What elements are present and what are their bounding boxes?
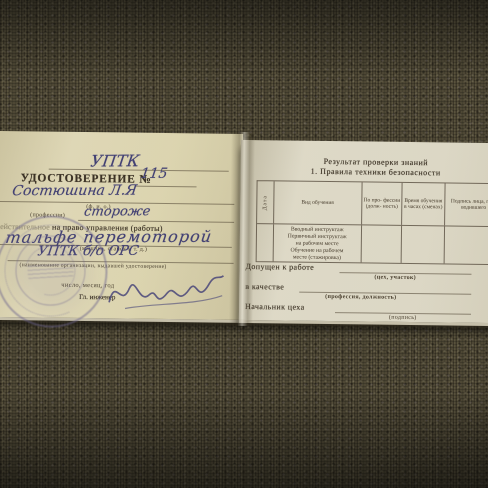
left-page: УПТК УДОСТОВЕРЕНИЕ № 115 тов. Состюшина … — [0, 131, 243, 320]
document-number: 115 — [140, 166, 169, 182]
shop-chief-label: Начальник цеха — [245, 302, 305, 312]
right-page: Результат проверки знаний 1. Правила тех… — [239, 140, 488, 323]
cell-training-type: Вводный инструктаж Первичный инструктаж … — [273, 224, 361, 262]
signature-graphic — [105, 264, 228, 315]
training-lines: Вводный инструктаж Первичный инструктаж … — [287, 224, 346, 262]
header-signature: Подпись лица, про- водившего — [445, 183, 488, 226]
header-date: Дата — [257, 181, 274, 223]
cell-signature — [444, 226, 488, 264]
table-header-row: Дата Вид обучения По про- фессии (долж- … — [257, 181, 488, 227]
header-date-label: Дата — [262, 195, 269, 210]
page-fold — [229, 132, 255, 326]
profession-position-label: (профессия, должность) — [325, 294, 396, 301]
cell-profession — [361, 225, 402, 262]
cell-hours — [402, 226, 445, 264]
admitted-to-work-label: Допущен к работе — [245, 262, 314, 272]
stamp-text-smear — [27, 260, 74, 279]
rule-line — [49, 169, 229, 172]
signature-label: (подпись) — [389, 315, 417, 321]
round-stamp — [0, 215, 108, 328]
header-hours: Время обучения в часах (сменах) — [402, 183, 445, 226]
permit-booklet: УПТК УДОСТОВЕРЕНИЕ № 115 тов. Состюшина … — [0, 127, 488, 333]
header-training-type: Вид обучения — [274, 181, 362, 224]
training-table: Дата Вид обучения По про- фессии (долж- … — [256, 180, 488, 265]
rule-line — [135, 186, 197, 188]
org-code-handwritten: УПТК — [89, 151, 140, 170]
profession-handwritten: стороже — [83, 204, 151, 219]
cell-date — [257, 224, 274, 261]
header-profession: По про- фессии (долж- ность) — [362, 182, 403, 224]
training-line: месте (стажировка) — [287, 254, 346, 262]
workshop-label: (цех, участок) — [374, 275, 416, 282]
table-body-row: Вводный инструктаж Первичный инструктаж … — [257, 224, 488, 264]
holder-name-handwritten: Состюшина Л.Я — [11, 183, 138, 200]
safety-rules-heading: 1. Правила техники безопасности — [271, 166, 481, 178]
